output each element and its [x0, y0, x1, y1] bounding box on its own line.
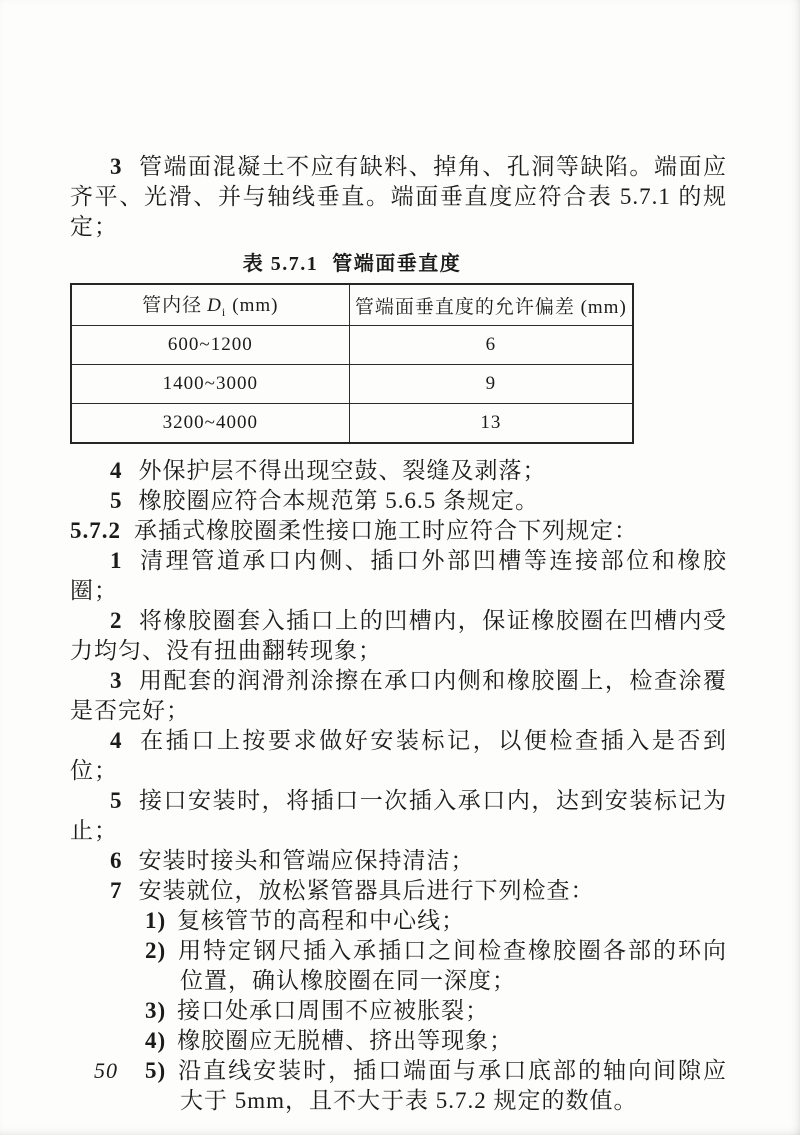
tolerance-cell: 13 [349, 404, 633, 444]
diameter-subscript: i [222, 305, 226, 319]
check-1: 1)复核管节的高程和中心线； [70, 906, 727, 936]
table-caption-title: 管端面垂直度 [332, 253, 461, 275]
diameter-unit: (mm) [232, 295, 278, 316]
step-3: 3用配套的润滑剂涂擦在承口内侧和橡胶圈上，检查涂覆是否完好； [70, 666, 727, 726]
step-number: 5 [110, 788, 123, 813]
check-number: 1) [145, 908, 166, 933]
check-text: 接口处承口周围不应被胀裂； [177, 998, 489, 1023]
check-number: 2) [145, 938, 166, 963]
step-text: 安装时接头和管端应保持清洁； [139, 848, 475, 873]
step-text: 安装就位，放松紧管器具后进行下列检查： [139, 878, 595, 903]
diameter-cell: 1400~3000 [71, 365, 349, 404]
step-number: 6 [110, 848, 123, 873]
step-text: 接口安装时，将插口一次插入承口内，达到安装标记为止； [70, 788, 727, 843]
diameter-symbol: D [207, 295, 222, 316]
check-5: 5)沿直线安装时，插口端面与承口底部的轴向间隙应大于 5mm，且不大于表 5.7… [70, 1056, 727, 1116]
table-row: 1400~3000 9 [71, 365, 633, 404]
step-6: 6安装时接头和管端应保持清洁； [70, 846, 727, 876]
step-number: 1 [110, 548, 123, 573]
check-number: 4) [145, 1028, 166, 1053]
step-7: 7安装就位，放松紧管器具后进行下列检查： [70, 876, 727, 906]
check-number: 3) [145, 998, 166, 1023]
table-row: 3200~4000 13 [71, 404, 633, 444]
item-number: 5 [110, 488, 123, 513]
check-text: 复核管节的高程和中心线； [177, 908, 465, 933]
diameter-cell: 600~1200 [71, 326, 349, 365]
step-number: 4 [110, 728, 123, 753]
page-number: 50 [94, 1058, 118, 1084]
step-2: 2将橡胶圈套入插口上的凹槽内，保证橡胶圈在凹槽内受力均匀、没有扭曲翻转现象； [70, 606, 727, 666]
step-1: 1清理管道承口内侧、插口外部凹槽等连接部位和橡胶圈； [70, 546, 727, 606]
step-5: 5接口安装时，将插口一次插入承口内，达到安装标记为止； [70, 786, 727, 846]
clause-number: 5.7.2 [70, 518, 121, 543]
clause-text: 承插式橡胶圈柔性接口施工时应符合下列规定： [134, 518, 638, 543]
check-number: 5) [145, 1058, 166, 1083]
document-page: 3管端面混凝土不应有缺料、掉角、孔洞等缺陷。端面应齐平、光滑、并与轴线垂直。端面… [0, 0, 800, 1135]
table-header-diameter: 管内径Di(mm) [71, 284, 349, 326]
item-text: 外保护层不得出现空鼓、裂缝及剥落； [139, 458, 547, 483]
table-row: 600~1200 6 [71, 326, 633, 365]
check-4: 4)橡胶圈应无脱槽、挤出等现象； [70, 1026, 727, 1056]
step-text: 将橡胶圈套入插口上的凹槽内，保证橡胶圈在凹槽内受力均匀、没有扭曲翻转现象； [70, 608, 727, 663]
step-number: 2 [110, 608, 123, 633]
perpendicularity-table: 管内径Di(mm) 管端面垂直度的允许偏差 (mm) 600~1200 6 14… [70, 283, 634, 444]
paragraph-item-4: 4外保护层不得出现空鼓、裂缝及剥落； [70, 456, 727, 486]
table-caption-label: 表 5.7.1 [243, 253, 319, 275]
check-text: 沿直线安装时，插口端面与承口底部的轴向间隙应大于 5mm，且不大于表 5.7.2… [177, 1058, 727, 1113]
table-header-row: 管内径Di(mm) 管端面垂直度的允许偏差 (mm) [71, 284, 633, 326]
item-number: 3 [110, 154, 123, 179]
tolerance-cell: 9 [349, 365, 633, 404]
diameter-cell: 3200~4000 [71, 404, 349, 444]
item-text: 管端面混凝土不应有缺料、掉角、孔洞等缺陷。端面应齐平、光滑、并与轴线垂直。端面垂… [70, 154, 727, 239]
step-4: 4在插口上按要求做好安装标记，以便检查插入是否到位； [70, 726, 727, 786]
clause-5-7-2: 5.7.2承插式橡胶圈柔性接口施工时应符合下列规定： [70, 516, 727, 546]
tolerance-cell: 6 [349, 326, 633, 365]
paragraph-item-5: 5橡胶圈应符合本规范第 5.6.5 条规定。 [70, 486, 727, 516]
item-text: 橡胶圈应符合本规范第 5.6.5 条规定。 [139, 488, 540, 513]
step-number: 7 [110, 878, 123, 903]
paragraph-item-3: 3管端面混凝土不应有缺料、掉角、孔洞等缺陷。端面应齐平、光滑、并与轴线垂直。端面… [70, 152, 727, 242]
table-header-tolerance: 管端面垂直度的允许偏差 (mm) [349, 284, 633, 326]
table-caption: 表 5.7.1管端面垂直度 [70, 252, 634, 276]
step-text: 在插口上按要求做好安装标记，以便检查插入是否到位； [70, 728, 727, 783]
check-2: 2)用特定钢尺插入承插口之间检查橡胶圈各部的环向位置，确认橡胶圈在同一深度； [70, 936, 727, 996]
check-3: 3)接口处承口周围不应被胀裂； [70, 996, 727, 1026]
step-text: 用配套的润滑剂涂擦在承口内侧和橡胶圈上，检查涂覆是否完好； [70, 668, 727, 723]
check-text: 橡胶圈应无脱槽、挤出等现象； [177, 1028, 513, 1053]
page-content: 3管端面混凝土不应有缺料、掉角、孔洞等缺陷。端面应齐平、光滑、并与轴线垂直。端面… [70, 152, 727, 1116]
step-text: 清理管道承口内侧、插口外部凹槽等连接部位和橡胶圈； [70, 548, 727, 603]
item-number: 4 [110, 458, 123, 483]
step-number: 3 [110, 668, 123, 693]
check-text: 用特定钢尺插入承插口之间检查橡胶圈各部的环向位置，确认橡胶圈在同一深度； [177, 938, 727, 993]
